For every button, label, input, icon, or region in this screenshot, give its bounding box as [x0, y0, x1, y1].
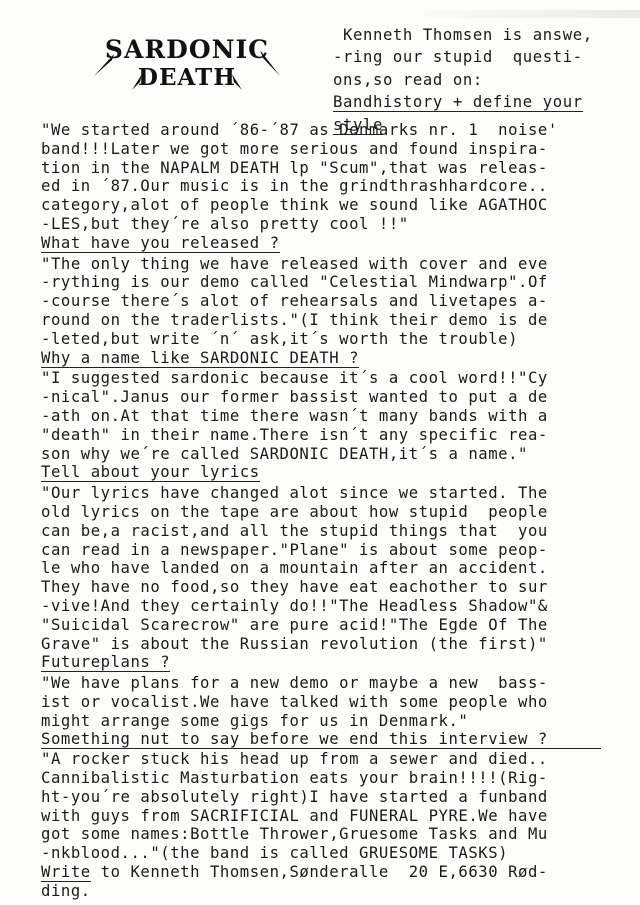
- answer-line: -LES,but they´re also pretty cool !!": [41, 215, 640, 234]
- answer-line: can be,a racist,and all the stupid thing…: [41, 522, 640, 541]
- question-heading: Why a name like SARDONIC DEATH ?: [41, 350, 359, 368]
- address-line: ding.: [41, 882, 640, 901]
- answer-line: son why we´re called SARDONIC DEATH,it´s…: [41, 445, 640, 464]
- answer-line: ist or vocalist.We have talked with some…: [41, 693, 640, 712]
- answer-line: tion in the NAPALM DEATH lp "Scum",that …: [41, 159, 640, 178]
- answer-line: le who have landed on a mountain after a…: [41, 559, 640, 578]
- answer-line: Grave" is about the Russian revolution (…: [41, 635, 640, 654]
- question-heading: Futureplans ?: [41, 654, 170, 672]
- answer-line: -ath on.At that time there wasn´t many b…: [41, 407, 640, 426]
- answer-line: ht-you´re absolutely right)I have starte…: [41, 788, 640, 807]
- answer-line: ed in ´87.Our music is in the grindthras…: [41, 177, 640, 196]
- logo-line-1: SARDONIC: [105, 35, 269, 64]
- answer-line: "Our lyrics have changed alot since we s…: [41, 484, 640, 503]
- question-heading: Something nut to say before we end this …: [41, 731, 601, 749]
- answer-line: "I suggested sardonic because it´s a coo…: [41, 369, 640, 388]
- answer-line: might arrange some gigs for us in Denmar…: [41, 712, 640, 731]
- intro-line: Kenneth Thomsen is answe,: [333, 24, 633, 46]
- answer-line: "Suicidal Scarecrow" are pure acid!"The …: [41, 616, 640, 635]
- answer-line: -nkblood..."(the band is called GRUESOME…: [41, 844, 640, 863]
- answer-line: "The only thing we have released with co…: [41, 255, 640, 274]
- question-heading: Bandhistory + define your: [333, 94, 583, 112]
- write-label: Write: [41, 864, 91, 882]
- answer-line: "We started around ´86-´87 as Denmarks n…: [41, 121, 640, 140]
- answer-line: -course there´s alot of rehearsals and l…: [41, 292, 640, 311]
- answer-line: can read in a newspaper."Plane" is about…: [41, 541, 640, 560]
- answer-line: with guys from SACRIFICIAL and FUNERAL P…: [41, 807, 640, 826]
- answer-line: -rything is our demo called "Celestial M…: [41, 273, 640, 292]
- intro-line: -ring our stupid questi-: [333, 46, 633, 68]
- answer-line: band!!!Later we got more serious and fou…: [41, 140, 640, 159]
- intro-line: ons,so read on:: [333, 69, 633, 91]
- answer-line: "A rocker stuck his head up from a sewer…: [41, 750, 640, 769]
- question-heading: What have you released ?: [41, 235, 280, 253]
- answer-line: got some names:Bottle Thrower,Gruesome T…: [41, 825, 640, 844]
- answer-line: category,alot of people think we sound l…: [41, 196, 640, 215]
- answer-line: round on the traderlists."(I think their…: [41, 311, 640, 330]
- answer-line: old lyrics on the tape are about how stu…: [41, 503, 640, 522]
- scan-shadow: [400, 10, 640, 18]
- question-heading: Tell about your lyrics: [41, 464, 260, 482]
- answer-line: -nical".Janus our former bassist wanted …: [41, 388, 640, 407]
- answer-line: "death" in their name.There isn´t any sp…: [41, 426, 640, 445]
- interview-body: "We started around ´86-´87 as Denmarks n…: [41, 121, 640, 901]
- intro-block: Kenneth Thomsen is answe, -ring our stup…: [333, 24, 633, 137]
- zine-page: SARDONIC DEATH Kenneth Thomsen is answe,…: [0, 0, 640, 905]
- logo-line-2: DEATH: [138, 64, 236, 91]
- answer-line: "We have plans for a new demo or maybe a…: [41, 674, 640, 693]
- address-line: Write to Kenneth Thomsen,Sønderalle 20 E…: [41, 863, 640, 882]
- answer-line: -leted,but write ´n´ ask,it´s worth the …: [41, 330, 640, 349]
- answer-line: Cannibalistic Masturbation eats your bra…: [41, 769, 640, 788]
- band-logo: SARDONIC DEATH: [92, 30, 282, 92]
- address-text: to Kenneth Thomsen,Sønderalle 20 E,6630 …: [91, 863, 548, 881]
- answer-line: -vive!And they certainly do!!"The Headle…: [41, 597, 640, 616]
- answer-line: They have no food,so they have eat eacho…: [41, 578, 640, 597]
